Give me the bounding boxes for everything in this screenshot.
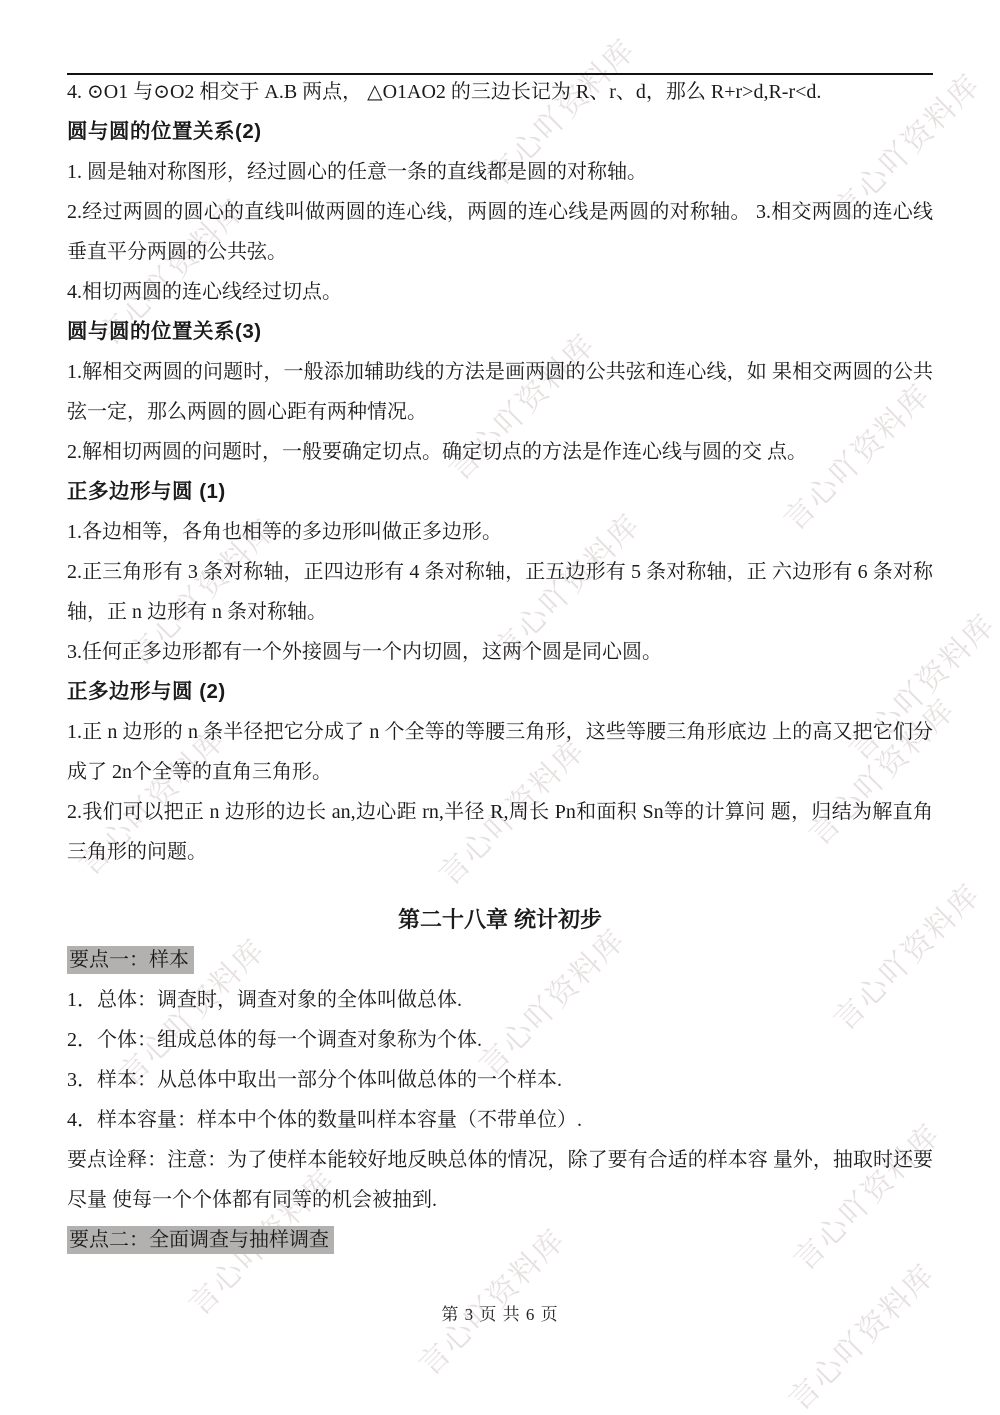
paragraph: 4．样本容量：样本中个体的数量叫样本容量（不带单位）. [67,1100,933,1140]
chapter-title: 第二十八章 统计初步 [67,900,933,940]
paragraph: 1．总体：调查时，调查对象的全体叫做总体. [67,980,933,1020]
paragraph: 2．个体：组成总体的每一个调查对象称为个体. [67,1020,933,1060]
section-heading: 正多边形与圆 (2) [67,672,933,712]
paragraph: 1.解相交两圆的问题时，一般添加辅助线的方法是画两圆的公共弦和连心线，如 果相交… [67,352,933,432]
paragraph: 要点诠释：注意：为了使样本能较好地反映总体的情况，除了要有合适的样本容 量外，抽… [67,1140,933,1220]
paragraph: 4. ⊙O1 与⊙O2 相交于 A.B 两点， △O1AO2 的三边长记为 R、… [67,72,933,112]
paragraph: 1. 圆是轴对称图形，经过圆心的任意一条的直线都是圆的对称轴。 [67,152,933,192]
document-content: 4. ⊙O1 与⊙O2 相交于 A.B 两点， △O1AO2 的三边长记为 R、… [67,72,933,1260]
paragraph: 2.我们可以把正 n 边形的边长 an,边心距 rn,半径 R,周长 Pn和面积… [67,792,933,872]
document-page: 言心吖资料库言心吖资料库言心吖资料库言心吖资料库言心吖资料库言心吖资料库言心吖资… [0,0,1000,1415]
section-heading: 正多边形与圆 (1) [67,472,933,512]
highlighted-heading: 要点二：全面调查与抽样调查 [67,1220,933,1260]
paragraph: 4.相切两圆的连心线经过切点。 [67,272,933,312]
page-footer: 第 3 页 共 6 页 [0,1300,1000,1325]
paragraph: 3.任何正多边形都有一个外接圆与一个内切圆，这两个圆是同心圆。 [67,632,933,672]
paragraph: 2.经过两圆的圆心的直线叫做两圆的连心线，两圆的连心线是两圆的对称轴。 3.相交… [67,192,933,272]
paragraph: 1.各边相等，各角也相等的多边形叫做正多边形。 [67,512,933,552]
highlighted-heading: 要点一：样本 [67,940,933,980]
watermark-text: 言心吖资料库 [777,1252,944,1415]
highlight-text: 要点一：样本 [67,946,194,974]
section-heading: 圆与圆的位置关系(3) [67,312,933,352]
paragraph: 1.正 n 边形的 n 条半径把它分成了 n 个全等的等腰三角形，这些等腰三角形… [67,712,933,792]
paragraph: 2.解相切两圆的问题时，一般要确定切点。确定切点的方法是作连心线与圆的交 点。 [67,432,933,472]
highlight-text: 要点二：全面调查与抽样调查 [67,1226,334,1254]
section-heading: 圆与圆的位置关系(2) [67,112,933,152]
paragraph: 2.正三角形有 3 条对称轴，正四边形有 4 条对称轴，正五边形有 5 条对称轴… [67,552,933,632]
paragraph: 3．样本：从总体中取出一部分个体叫做总体的一个样本. [67,1060,933,1100]
